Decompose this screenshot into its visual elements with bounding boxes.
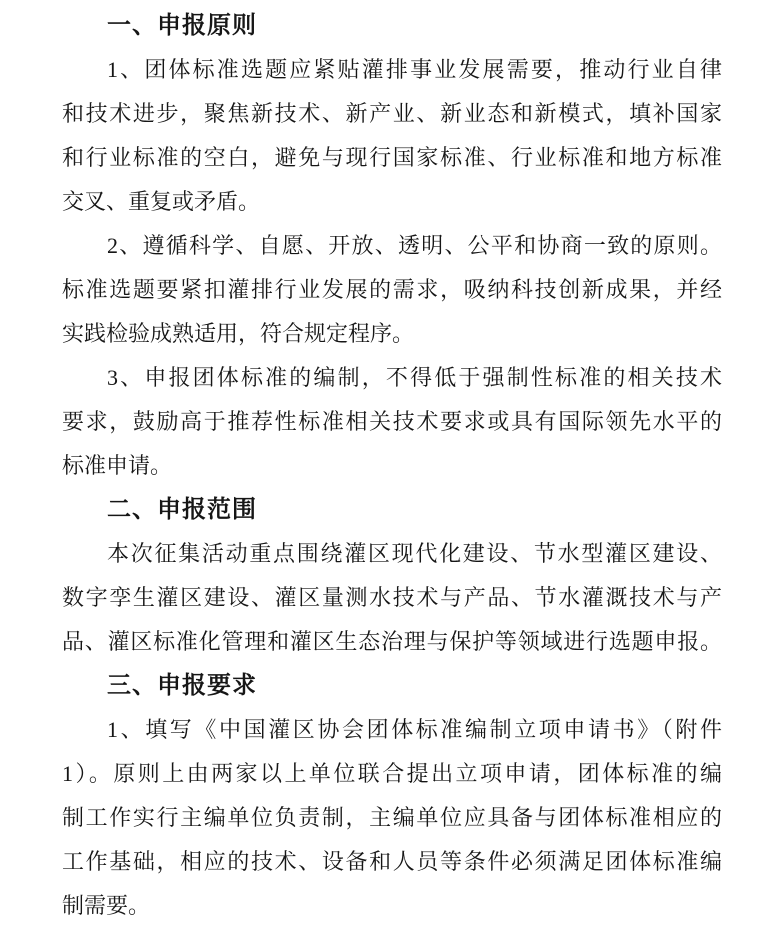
text-line: 品、灌区标准化管理和灌区生态治理与保护等领域进行选题申报。 bbox=[62, 620, 722, 664]
section-heading: 二、申报范围 bbox=[62, 488, 722, 532]
text-line: 2、遵循科学、自愿、开放、透明、公平和协商一致的原则。 bbox=[62, 224, 722, 268]
section-heading: 三、申报要求 bbox=[62, 664, 722, 708]
paragraph: 2、遵循科学、自愿、开放、透明、公平和协商一致的原则。标准选题要紧扣灌排行业发展… bbox=[62, 224, 722, 356]
text-line: 和技术进步，聚焦新技术、新产业、新业态和新模式，填补国家 bbox=[62, 92, 722, 136]
paragraph: 本次征集活动重点围绕灌区现代化建设、节水型灌区建设、数字孪生灌区建设、灌区量测水… bbox=[62, 532, 722, 664]
paragraph: 1、填写《中国灌区协会团体标准编制立项申请书》（附件1）。原则上由两家以上单位联… bbox=[62, 708, 722, 928]
document-content: 一、申报原则1、团体标准选题应紧贴灌排事业发展需要，推动行业自律和技术进步，聚焦… bbox=[0, 0, 778, 928]
text-line: 标准申请。 bbox=[62, 444, 722, 488]
text-line: 实践检验成熟适用，符合规定程序。 bbox=[62, 312, 722, 356]
section-heading: 一、申报原则 bbox=[62, 4, 722, 48]
text-line: 1、填写《中国灌区协会团体标准编制立项申请书》（附件 bbox=[62, 708, 722, 752]
document-page: 一、申报原则1、团体标准选题应紧贴灌排事业发展需要，推动行业自律和技术进步，聚焦… bbox=[0, 0, 778, 937]
text-line: 要求，鼓励高于推荐性标准相关技术要求或具有国际领先水平的 bbox=[62, 400, 722, 444]
paragraph: 3、申报团体标准的编制，不得低于强制性标准的相关技术要求，鼓励高于推荐性标准相关… bbox=[62, 356, 722, 488]
text-line: 工作基础，相应的技术、设备和人员等条件必须满足团体标准编 bbox=[62, 840, 722, 884]
text-line: 制工作实行主编单位负责制，主编单位应具备与团体标准相应的 bbox=[62, 796, 722, 840]
text-line: 和行业标准的空白，避免与现行国家标准、行业标准和地方标准 bbox=[62, 136, 722, 180]
text-line: 数字孪生灌区建设、灌区量测水技术与产品、节水灌溉技术与产 bbox=[62, 576, 722, 620]
text-line: 本次征集活动重点围绕灌区现代化建设、节水型灌区建设、 bbox=[62, 532, 722, 576]
paragraph: 1、团体标准选题应紧贴灌排事业发展需要，推动行业自律和技术进步，聚焦新技术、新产… bbox=[62, 48, 722, 224]
text-line: 1）。原则上由两家以上单位联合提出立项申请，团体标准的编 bbox=[62, 752, 722, 796]
text-line: 1、团体标准选题应紧贴灌排事业发展需要，推动行业自律 bbox=[62, 48, 722, 92]
text-line: 标准选题要紧扣灌排行业发展的需求，吸纳科技创新成果，并经 bbox=[62, 268, 722, 312]
text-line: 3、申报团体标准的编制，不得低于强制性标准的相关技术 bbox=[62, 356, 722, 400]
text-line: 制需要。 bbox=[62, 884, 722, 928]
text-line: 交叉、重复或矛盾。 bbox=[62, 180, 722, 224]
